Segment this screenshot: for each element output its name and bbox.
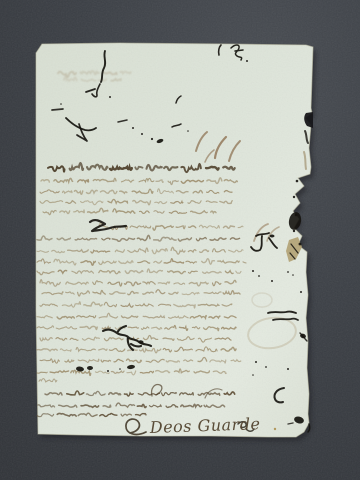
handwriting-word — [110, 167, 132, 170]
ink-blot — [296, 180, 299, 183]
ink-blot — [293, 196, 295, 198]
ink-blot — [252, 270, 254, 272]
ink-blot — [87, 366, 93, 370]
ink-blot — [109, 96, 111, 98]
ink-blot — [271, 280, 273, 282]
photo-backdrop: Deos Guarde — [0, 0, 360, 480]
ink-blot — [292, 274, 294, 276]
ink-blot — [246, 60, 248, 62]
ink-blot — [270, 235, 275, 238]
ink-blot — [255, 361, 257, 363]
ink-blot — [141, 133, 143, 135]
manuscript-photo: Deos Guarde — [0, 0, 360, 480]
ink-blot — [274, 428, 276, 430]
ink-blot — [119, 368, 121, 370]
ink-blot — [60, 103, 62, 105]
ink-blot — [107, 370, 109, 372]
ink-blot — [287, 368, 289, 370]
handwriting-word — [166, 361, 179, 362]
ink-blot — [288, 423, 293, 424]
ink-blot — [300, 291, 302, 293]
ink-blot — [258, 275, 260, 277]
ink-blot — [151, 138, 153, 140]
ink-blot — [299, 243, 302, 246]
ink-blot — [287, 271, 289, 273]
ink-blot — [187, 130, 189, 132]
ink-blot — [132, 127, 134, 129]
ink-blot — [268, 312, 296, 313]
ink-blot — [265, 366, 267, 368]
closing-text: Deos Guarde — [148, 414, 260, 437]
ink-blot — [252, 374, 254, 376]
ink-blot — [52, 109, 63, 110]
ink-blot — [293, 230, 295, 232]
